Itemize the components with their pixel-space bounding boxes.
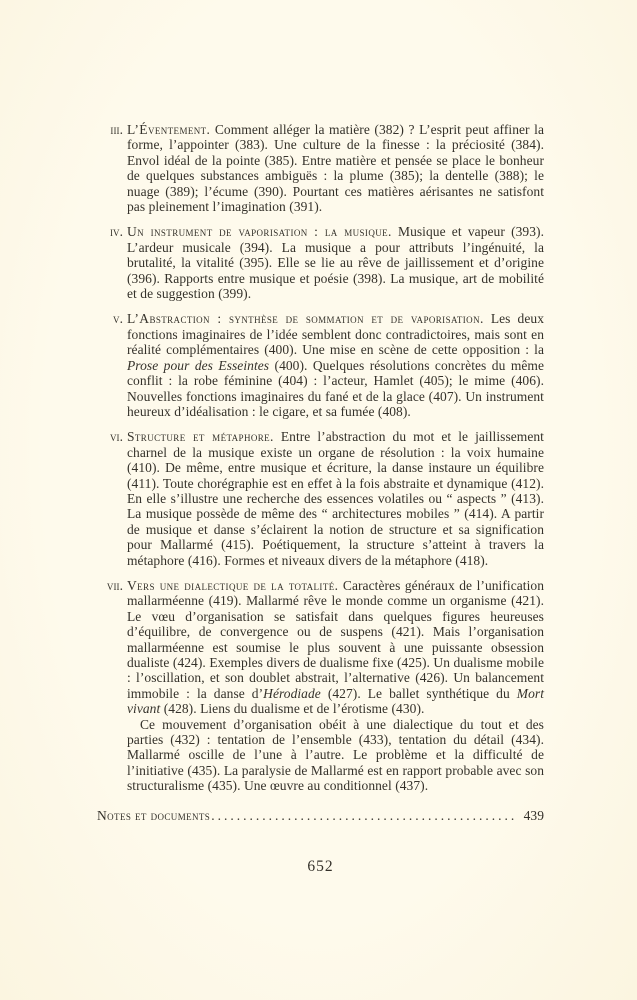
dot-leader: ........................................… <box>211 808 517 823</box>
section-numeral: vii. <box>97 578 123 593</box>
section-heading: Structure et métaphore. <box>127 429 274 444</box>
text-run: (427). Le ballet synthétique du <box>321 686 517 701</box>
section-paragraphs: Vers une dialectique de la totalité. Car… <box>127 578 544 794</box>
page-folio: 652 <box>97 858 544 876</box>
toc-section: vi. Structure et métaphore. Entre l’abst… <box>97 429 544 568</box>
section-paragraphs: L’Éventement. Comment alléger la matière… <box>127 122 544 214</box>
toc-paragraph: Ce mouvement d’organisation obéit à une … <box>127 717 544 794</box>
table-of-contents: iii. L’Éventement. Comment alléger la ma… <box>97 122 544 823</box>
toc-section: iii. L’Éventement. Comment alléger la ma… <box>97 122 544 214</box>
text-run: (428). Liens du dualisme et de l’érotism… <box>160 701 424 716</box>
section-heading: Un instrument de vaporisation : la musiq… <box>127 224 392 239</box>
toc-section: v. L’Abstraction : synthèse de sommation… <box>97 311 544 419</box>
section-numeral: v. <box>97 311 123 326</box>
notes-entry: Notes et documents .....................… <box>97 808 544 823</box>
section-numeral: iv. <box>97 224 123 239</box>
section-heading: Vers une dialectique de la totalité. <box>127 578 338 593</box>
toc-paragraph: L’Éventement. Comment alléger la matière… <box>127 122 544 214</box>
notes-page-number: 439 <box>524 808 544 823</box>
section-paragraphs: Structure et métaphore. Entre l’abstract… <box>127 429 544 568</box>
toc-section: iv. Un instrument de vaporisation : la m… <box>97 224 544 301</box>
section-numeral: iii. <box>97 122 123 137</box>
section-numeral: vi. <box>97 429 123 444</box>
italic-title: Prose pour des Esseintes <box>127 358 269 373</box>
section-heading: L’Abstraction : synthèse de sommation et… <box>127 311 484 326</box>
sections-host: iii. L’Éventement. Comment alléger la ma… <box>97 122 544 794</box>
text-run: Entre l’abstraction du mot et le jaillis… <box>127 429 544 567</box>
notes-label: Notes et documents <box>97 808 210 823</box>
text-run: Caractères généraux de l’unification mal… <box>127 578 544 701</box>
toc-paragraph: L’Abstraction : synthèse de sommation et… <box>127 311 544 419</box>
toc-paragraph: Structure et métaphore. Entre l’abstract… <box>127 429 544 568</box>
section-paragraphs: L’Abstraction : synthèse de sommation et… <box>127 311 544 419</box>
toc-paragraph: Un instrument de vaporisation : la musiq… <box>127 224 544 301</box>
section-heading: L’Éventement. <box>127 122 210 137</box>
book-page: iii. L’Éventement. Comment alléger la ma… <box>0 0 637 1000</box>
section-paragraphs: Un instrument de vaporisation : la musiq… <box>127 224 544 301</box>
toc-section: vii. Vers une dialectique de la totalité… <box>97 578 544 794</box>
italic-title: Hérodiade <box>263 686 321 701</box>
text-run: Ce mouvement d’organisation obéit à une … <box>127 717 544 794</box>
toc-paragraph: Vers une dialectique de la totalité. Car… <box>127 578 544 717</box>
